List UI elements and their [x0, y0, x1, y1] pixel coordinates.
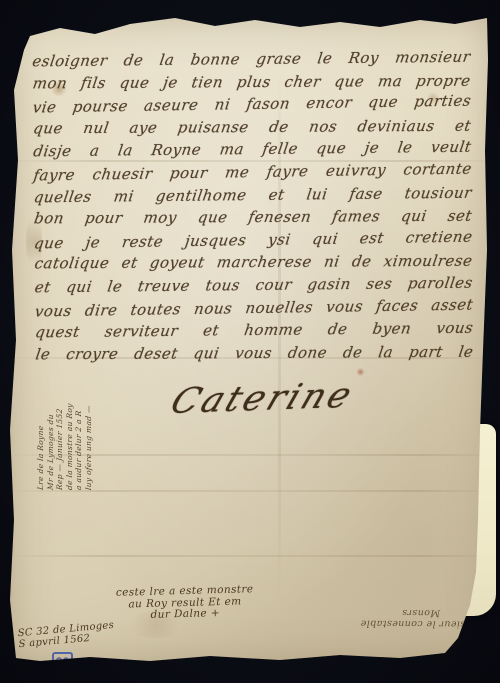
folio-number: 146	[424, 652, 446, 665]
manuscript-line: le croyre deset qui vous done de la part…	[34, 340, 475, 365]
manuscript-line: quest serviteur et homme de byen vous	[34, 317, 475, 344]
library-stamp-icon	[52, 652, 73, 675]
shelfmark-note: SC 32 de Limoges S apvril 1562	[17, 618, 138, 650]
docket-line: Monsieur le connestable	[316, 617, 488, 630]
side-archivist-note: Lre de la Royne Mr de Lymoges du Rep — J…	[36, 368, 93, 490]
side-note-line: de la monstre au Roy	[65, 368, 75, 491]
docket-line: Monsrs	[316, 606, 488, 619]
fold-crease	[6, 555, 496, 557]
letter-body: esloigner de la bonne grase le Roy monsi…	[32, 46, 473, 367]
side-note-line: Rep — Januier 1552	[55, 368, 65, 491]
side-note-line: a audur delur 2 a R	[74, 368, 84, 491]
manuscript-page: esloigner de la bonne grase le Roy monsi…	[6, 12, 496, 668]
bottom-annotation: ceste lre a este monstre au Roy result E…	[90, 584, 281, 623]
signature-caterine: Caterine	[165, 374, 413, 422]
side-note-line: Lre de la Royne	[36, 368, 46, 491]
manuscript-line: esloigner de la bonne grase le Roy monsi…	[31, 46, 472, 73]
side-note-line: Mr de Lymoges du	[46, 368, 56, 491]
side-note-line: luy ofere ung mad —	[84, 368, 94, 491]
fold-crease	[6, 490, 496, 492]
inverted-address-docket: Monsieur le connestable Monsrs	[316, 606, 488, 630]
photo-backdrop: esloigner de la bonne grase le Roy monsi…	[0, 0, 500, 683]
